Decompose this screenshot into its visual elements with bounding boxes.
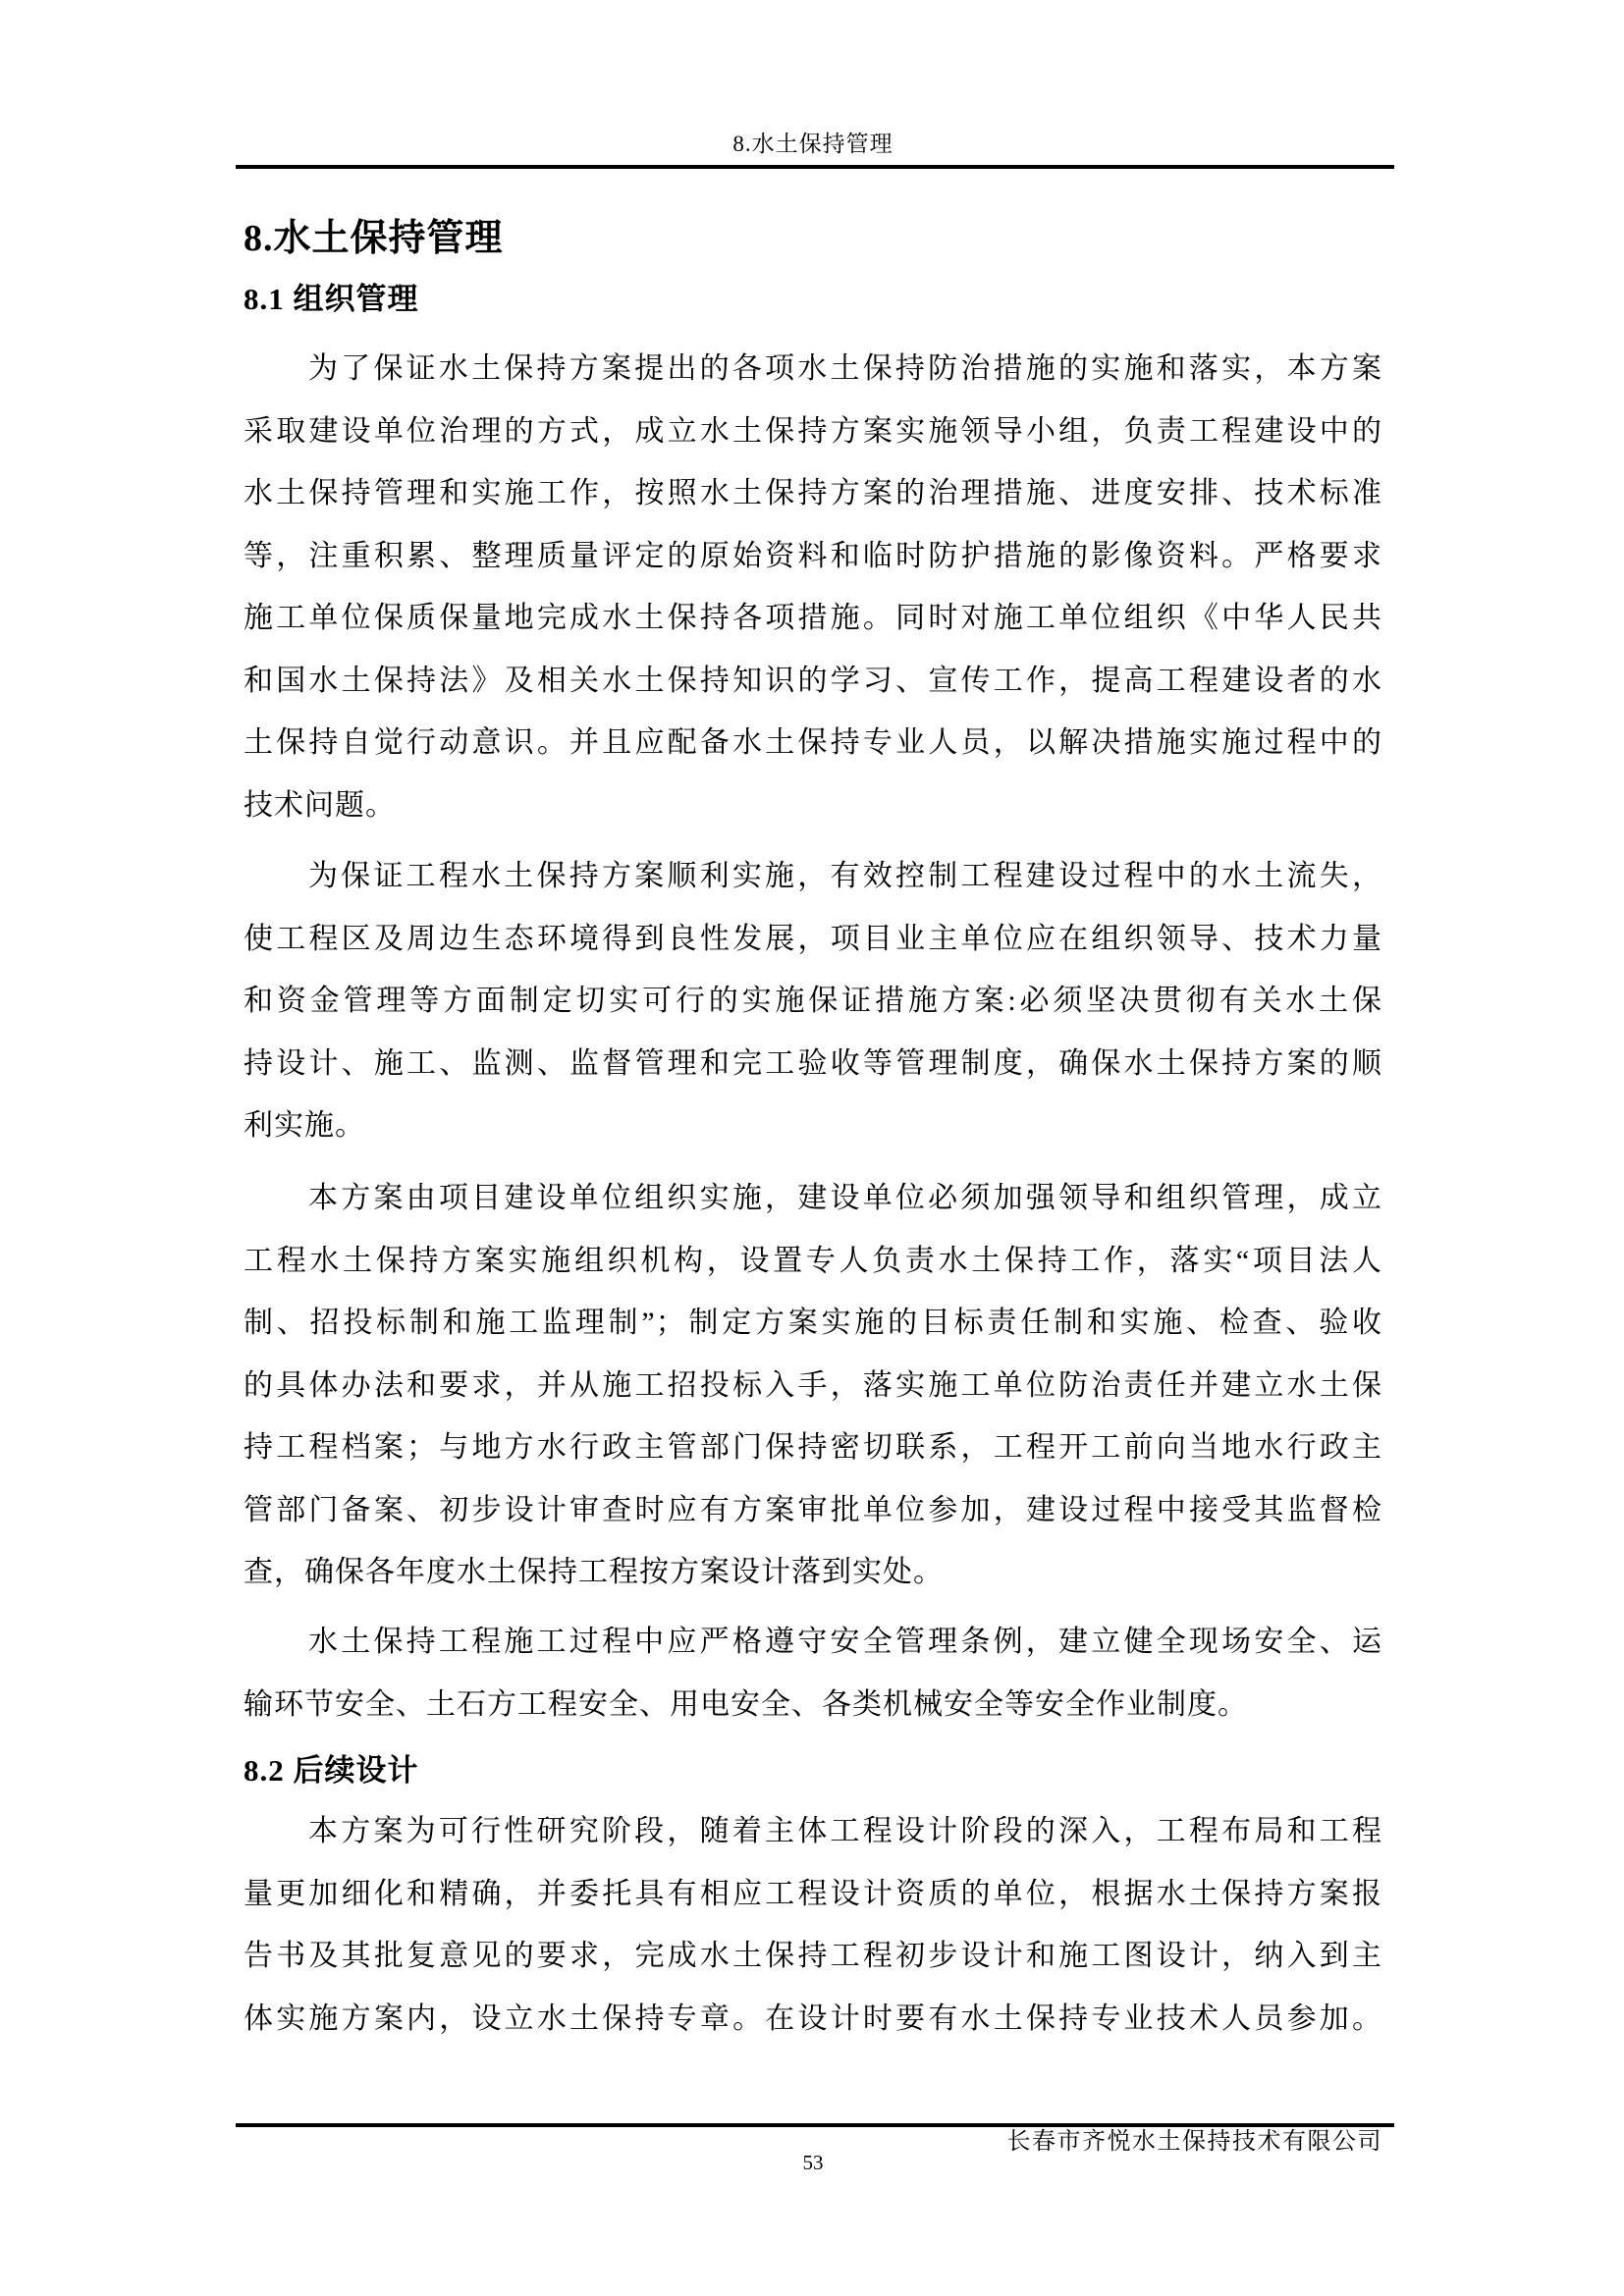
text-line: 本方案由项目建设单位组织实施，建设单位必须加强领导和组织管理，成立 — [244, 1167, 1382, 1230]
text-line: 查，确保各年度水土保持工程按方案设计落到实处。 — [244, 1541, 1382, 1604]
text-line: 管部门备案、初步设计审查时应有方案审批单位参加，建设过程中接受其监督检 — [244, 1479, 1382, 1542]
page-number: 53 — [244, 2150, 1382, 2175]
text-line: 持工程档案；与地方水行政主管部门保持密切联系，工程开工前向当地水行政主 — [244, 1416, 1382, 1479]
text-line: 告书及其批复意见的要求，完成水土保持工程初步设计和施工图设计，纳入到主 — [244, 1925, 1382, 1988]
text-line: 的具体办法和要求，并从施工招投标入手，落实施工单位防治责任并建立水土保 — [244, 1355, 1382, 1417]
text-line: 持设计、施工、监测、监督管理和完工验收等管理制度，确保水土保持方案的顺 — [244, 1033, 1382, 1095]
text-line: 采取建设单位治理的方式，成立水土保持方案实施领导小组，负责工程建设中的 — [244, 400, 1382, 463]
text-line: 使工程区及周边生态环境得到良性发展，项目业主单位应在组织领导、技术力量 — [244, 908, 1382, 971]
text-line: 体实施方案内，设立水土保持专章。在设计时要有水土保持专业技术人员参加。 — [244, 1988, 1382, 2051]
text-line: 和国水土保持法》及相关水土保持知识的学习、宣传工作，提高工程建设者的水 — [244, 650, 1382, 713]
text-line: 为了保证水土保持方案提出的各项水土保持防治措施的实施和落实，本方案 — [244, 338, 1382, 400]
text-line: 工程水土保持方案实施组织机构，设置专人负责水土保持工作，落实“项目法人 — [244, 1230, 1382, 1293]
paragraph: 水土保持工程施工过程中应严格遵守安全管理条例，建立健全现场安全、运 输环节安全、… — [244, 1611, 1382, 1735]
chapter-title: 8.水土保持管理 — [244, 214, 1382, 263]
paragraph: 本方案由项目建设单位组织实施，建设单位必须加强领导和组织管理，成立 工程水土保持… — [244, 1167, 1382, 1604]
text-line: 等，注重积累、整理质量评定的原始资料和临时防护措施的影像资料。严格要求 — [244, 525, 1382, 588]
text-line: 水土保持工程施工过程中应严格遵守安全管理条例，建立健全现场安全、运 — [244, 1611, 1382, 1674]
section-heading-8-1: 8.1 组织管理 — [244, 278, 1382, 321]
footer-rule — [236, 2123, 1394, 2127]
text-line: 施工单位保质保量地完成水土保持各项措施。同时对施工单位组织《中华人民共 — [244, 587, 1382, 650]
running-header: 8.水土保持管理 — [244, 130, 1382, 159]
text-line: 制、招投标制和施工监理制”；制定方案实施的目标责任制和实施、检查、验收 — [244, 1292, 1382, 1355]
text-line: 量更加细化和精确，并委托具有相应工程设计资质的单位，根据水土保持方案报 — [244, 1863, 1382, 1926]
text-line: 水土保持管理和实施工作，按照水土保持方案的治理措施、进度安排、技术标准 — [244, 462, 1382, 525]
text-line: 技术问题。 — [244, 774, 1382, 837]
section-heading-8-2: 8.2 后续设计 — [244, 1749, 1382, 1792]
paragraph: 为了保证水土保持方案提出的各项水土保持防治措施的实施和落实，本方案 采取建设单位… — [244, 338, 1382, 836]
header-rule — [236, 165, 1394, 169]
document-page: 8.水土保持管理 8.水土保持管理 8.1 组织管理 为了保证水土保持方案提出的… — [0, 0, 1624, 2296]
text-line: 输环节安全、土石方工程安全、用电安全、各类机械安全等安全作业制度。 — [244, 1674, 1382, 1736]
text-line: 利实施。 — [244, 1095, 1382, 1157]
text-line: 和资金管理等方面制定切实可行的实施保证措施方案:必须坚决贯彻有关水土保 — [244, 970, 1382, 1033]
paragraph: 为保证工程水土保持方案顺利实施，有效控制工程建设过程中的水土流失， 使工程区及周… — [244, 845, 1382, 1157]
text-line: 为保证工程水土保持方案顺利实施，有效控制工程建设过程中的水土流失， — [244, 845, 1382, 908]
paragraph: 本方案为可行性研究阶段，随着主体工程设计阶段的深入，工程布局和工程 量更加细化和… — [244, 1800, 1382, 2050]
text-line: 土保持自觉行动意识。并且应配备水土保持专业人员，以解决措施实施过程中的 — [244, 712, 1382, 774]
text-line: 本方案为可行性研究阶段，随着主体工程设计阶段的深入，工程布局和工程 — [244, 1800, 1382, 1863]
